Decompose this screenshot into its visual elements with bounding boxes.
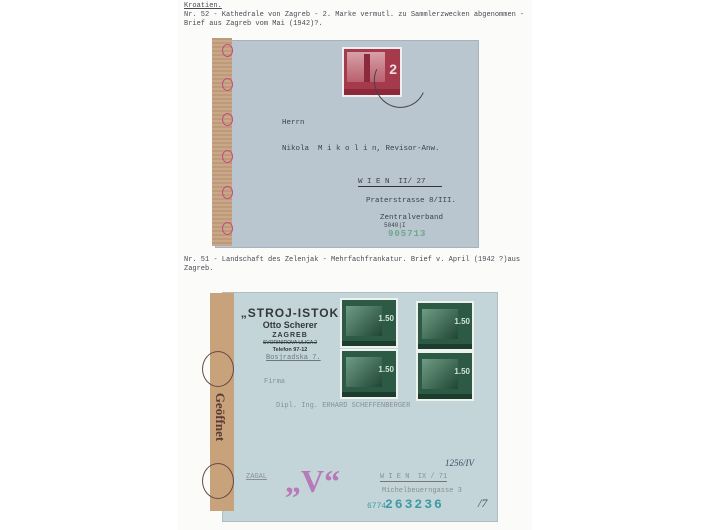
censor-mark-icon	[222, 222, 233, 235]
censor-mark-icon	[222, 113, 233, 126]
cover-1-censor-number: 905713	[388, 229, 426, 239]
censor-mark-icon	[222, 186, 233, 199]
censor-tape-1	[212, 38, 232, 246]
censor-seal-icon	[202, 463, 234, 499]
landscape-stamp: 1.50	[416, 351, 474, 401]
cover-2-city: W I E N IX / 71	[380, 473, 447, 482]
censor-suffix: /7	[478, 496, 487, 511]
cover-1-name: Nikola M i k o l i n, Revisor-Anw.	[282, 145, 440, 153]
page-heading: Kroatien.	[184, 2, 222, 11]
cover-2-salutation: Firma	[264, 378, 285, 386]
sender-street-struck: SVORINIROVA ULICA 2	[245, 340, 335, 346]
sender-street-new: Bosjradska 7.	[266, 354, 321, 362]
sender-city: ZAGREB	[245, 332, 335, 339]
censor-seal-icon	[202, 351, 234, 387]
cover-2-street: Michelbeuerngasse 3	[382, 487, 462, 495]
caption-1-line-1: Nr. 52 - Kathedrale von Zagreb - 2. Mark…	[184, 11, 524, 20]
landscape-stamp: 1.50	[340, 298, 398, 348]
landscape-stamp: 1.50	[416, 301, 474, 351]
landscape-stamp: 1.50	[340, 349, 398, 399]
caption-1-line-2: Brief aus Zagreb vom Mai (1942)?.	[184, 20, 323, 29]
censor-mark-icon	[222, 78, 233, 91]
cover-2-name: Dipl. Ing. ERHARD SCHEFFENBERGER	[276, 402, 410, 410]
censor-mark-icon	[222, 44, 233, 57]
v-mark: „V“	[285, 463, 340, 500]
censor-tape-text: Geöffnet	[212, 393, 228, 441]
sender-company: „STROJ-ISTOK	[240, 306, 340, 320]
censor-mark-icon	[222, 150, 233, 163]
censor-tape-2: Geöffnet	[210, 293, 234, 511]
censor-small-number: 6774	[367, 502, 386, 511]
cover-1-extra: Zentralverband	[380, 214, 443, 222]
cover-1-street: Praterstrasse 8/III.	[366, 197, 456, 205]
sender-name: Otto Scherer	[245, 320, 335, 330]
cover-2-left-mark: ZAGAL	[246, 473, 267, 481]
handwritten-note: 1256/IV	[445, 458, 474, 468]
cover-1-salutation: Herrn	[282, 119, 305, 127]
sender-phone: Telefon 97-12	[245, 347, 335, 353]
cover-1-note: 5040|I	[384, 222, 406, 229]
cover-1-city: W I E N II/ 27	[358, 178, 442, 187]
caption-2-line-2: Zagreb.	[184, 265, 213, 274]
cover-2-censor-number: 263236	[385, 497, 444, 512]
caption-2-line-1: Nr. 51 - Landschaft des Zelenjak - Mehrf…	[184, 256, 520, 265]
